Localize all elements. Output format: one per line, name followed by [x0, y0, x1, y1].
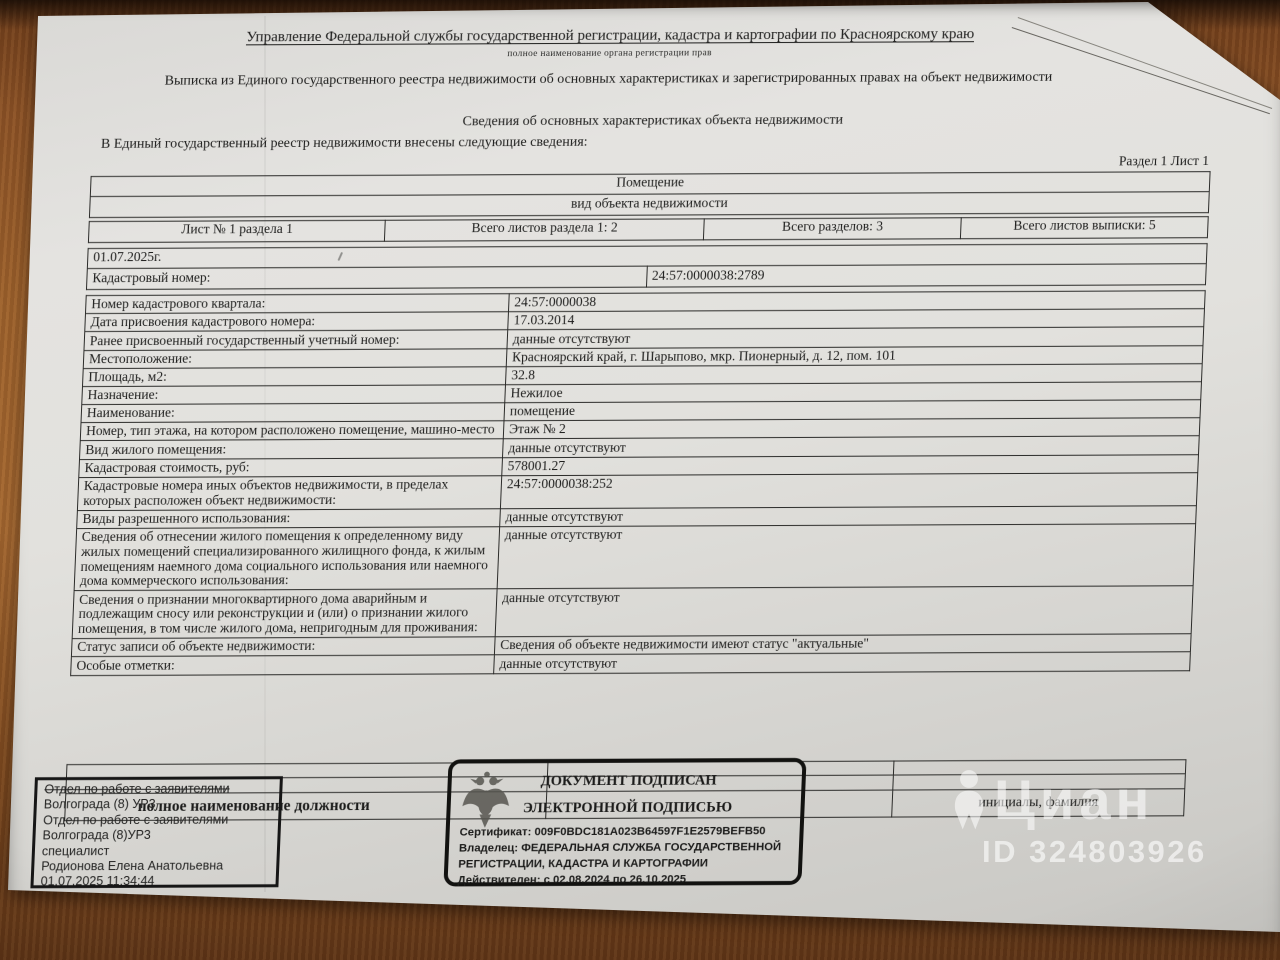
row-label: Дата присвоения кадастрового номера:: [85, 312, 509, 332]
stamp-line: Волгограда (8) УР3: [43, 797, 272, 813]
esig-owner-line1: Владелец: ФЕДЕРАЛЬНАЯ СЛУЖБА ГОСУДАРСТВЕ…: [459, 839, 794, 856]
authority-note: полное наименование органа регистрации п…: [49, 46, 1169, 61]
row-label: Местоположение:: [83, 348, 507, 368]
row-label: Площадь, м2:: [82, 366, 506, 386]
esig-owner-line2: РЕГИСТРАЦИИ, КАДАСТРА И КАРТОГРАФИИ: [458, 855, 793, 872]
row-value: данные отсутствуют: [495, 586, 1193, 637]
row-value: 24:57:0000038:252: [500, 472, 1197, 508]
table-row: Кадастровые номера иных объектов недвижи…: [77, 472, 1197, 510]
table-row: Сведения об отнесении жилого помещения к…: [74, 524, 1196, 591]
row-label: Особые отметки:: [71, 655, 495, 675]
row-label: Номер кадастрового квартала:: [85, 294, 509, 314]
cian-watermark-id: ID 324803926: [982, 834, 1238, 870]
row-label: Статус записи об объекте недвижимости:: [71, 637, 495, 657]
table-row: Особые отметки:данные отсутствуют: [71, 652, 1191, 675]
row-label: Кадастровая стоимость, руб:: [79, 457, 503, 477]
electronic-signature-stamp: ДОКУМЕНТ ПОДПИСАН ЭЛЕКТРОННОЙ ПОДПИСЬЮ С…: [443, 758, 806, 887]
esig-title-line2: ЭЛЕКТРОННОЙ ПОДПИСЬЮ: [502, 799, 753, 817]
date-cadastral-table: 01.07.2025г. Кадастровый номер: 24:57:00…: [86, 243, 1208, 290]
section-title: Сведения об основных характеристиках объ…: [92, 111, 1213, 132]
sheet-info-cell: Всего листов выписки: 5: [961, 217, 1209, 239]
table-row: Кадастровый номер: 24:57:0000038:2789: [86, 264, 1206, 289]
esig-validity: Действителен: с 02.08.2024 по 26.10.2025: [457, 871, 792, 888]
row-label: Сведения об отнесении жилого помещения к…: [74, 527, 500, 591]
authority-title-text: Управление Федеральной службы государств…: [246, 26, 975, 45]
cian-watermark: Циан ID 324803926: [948, 768, 1238, 870]
row-value: данные отсутствуют: [494, 652, 1191, 673]
row-label: Кадастровый номер:: [86, 266, 646, 289]
photo-of-egrn-extract: Управление Федеральной службы государств…: [0, 0, 1280, 960]
characteristics-table: Номер кадастрового квартала:24:57:000003…: [70, 290, 1206, 675]
row-label: Назначение:: [82, 385, 506, 405]
sheet-info-table: Лист № 1 раздела 1 Всего листов раздела …: [88, 216, 1209, 243]
row-label: Номер, тип этажа, на котором расположено…: [80, 421, 504, 441]
cian-watermark-text: Циан: [994, 772, 1154, 828]
table-row: Лист № 1 раздела 1 Всего листов раздела …: [88, 217, 1208, 243]
row-label: Наименование:: [81, 403, 505, 423]
row-label: Сведения о признании многоквартирного до…: [72, 589, 497, 639]
row-value: данные отсутствуют: [497, 524, 1196, 590]
cian-person-icon: [948, 768, 990, 832]
object-type-caption: вид объекта недвижимости: [89, 192, 1209, 217]
sheet-info-cell: Всего листов раздела 1: 2: [385, 219, 705, 242]
intro-line: В Единый государственный реестр недвижим…: [101, 135, 588, 153]
authority-title: Управление Федеральной службы государств…: [50, 25, 1171, 47]
row-label: Виды разрешенного использования:: [77, 508, 501, 528]
row-value: 24:57:0000038:2789: [646, 264, 1206, 287]
sheet-info-cell: Лист № 1 раздела 1: [88, 220, 385, 243]
sheet-info-cell: Всего разделов: 3: [703, 218, 961, 241]
stamp-line: Родионова Елена Анатольевна: [41, 858, 270, 874]
stamp-line: 01.07.2025 11:34:44: [40, 874, 269, 890]
officer-stamp: Отдел по работе с заявителями Волгограда…: [30, 776, 283, 888]
cian-watermark-brand-row: Циан: [948, 768, 1238, 832]
document-title: Выписка из Единого государственного реес…: [48, 69, 1169, 90]
row-label: Ранее присвоенный государственный учетны…: [84, 330, 508, 350]
table-row: вид объекта недвижимости: [89, 192, 1209, 217]
object-type-table: Помещение вид объекта недвижимости: [89, 171, 1211, 218]
esig-details: Сертификат: 009F0BDC181A023B64597F1E2579…: [457, 823, 794, 888]
esig-title-line1: ДОКУМЕНТ ПОДПИСАН: [503, 772, 754, 790]
row-label: Вид жилого помещения:: [80, 439, 504, 459]
stamp-line-struck: Отдел по работе с заявителями: [44, 781, 273, 797]
double-eagle-emblem-icon: [460, 769, 513, 831]
stamp-line: специалист: [42, 843, 271, 859]
stamp-line: Отдел по работе с заявителями: [43, 812, 272, 828]
row-label: Кадастровые номера иных объектов недвижи…: [77, 475, 501, 510]
table-row: Сведения о признании многоквартирного до…: [72, 586, 1193, 639]
stamp-line: Волгограда (8)УР3: [42, 827, 271, 843]
